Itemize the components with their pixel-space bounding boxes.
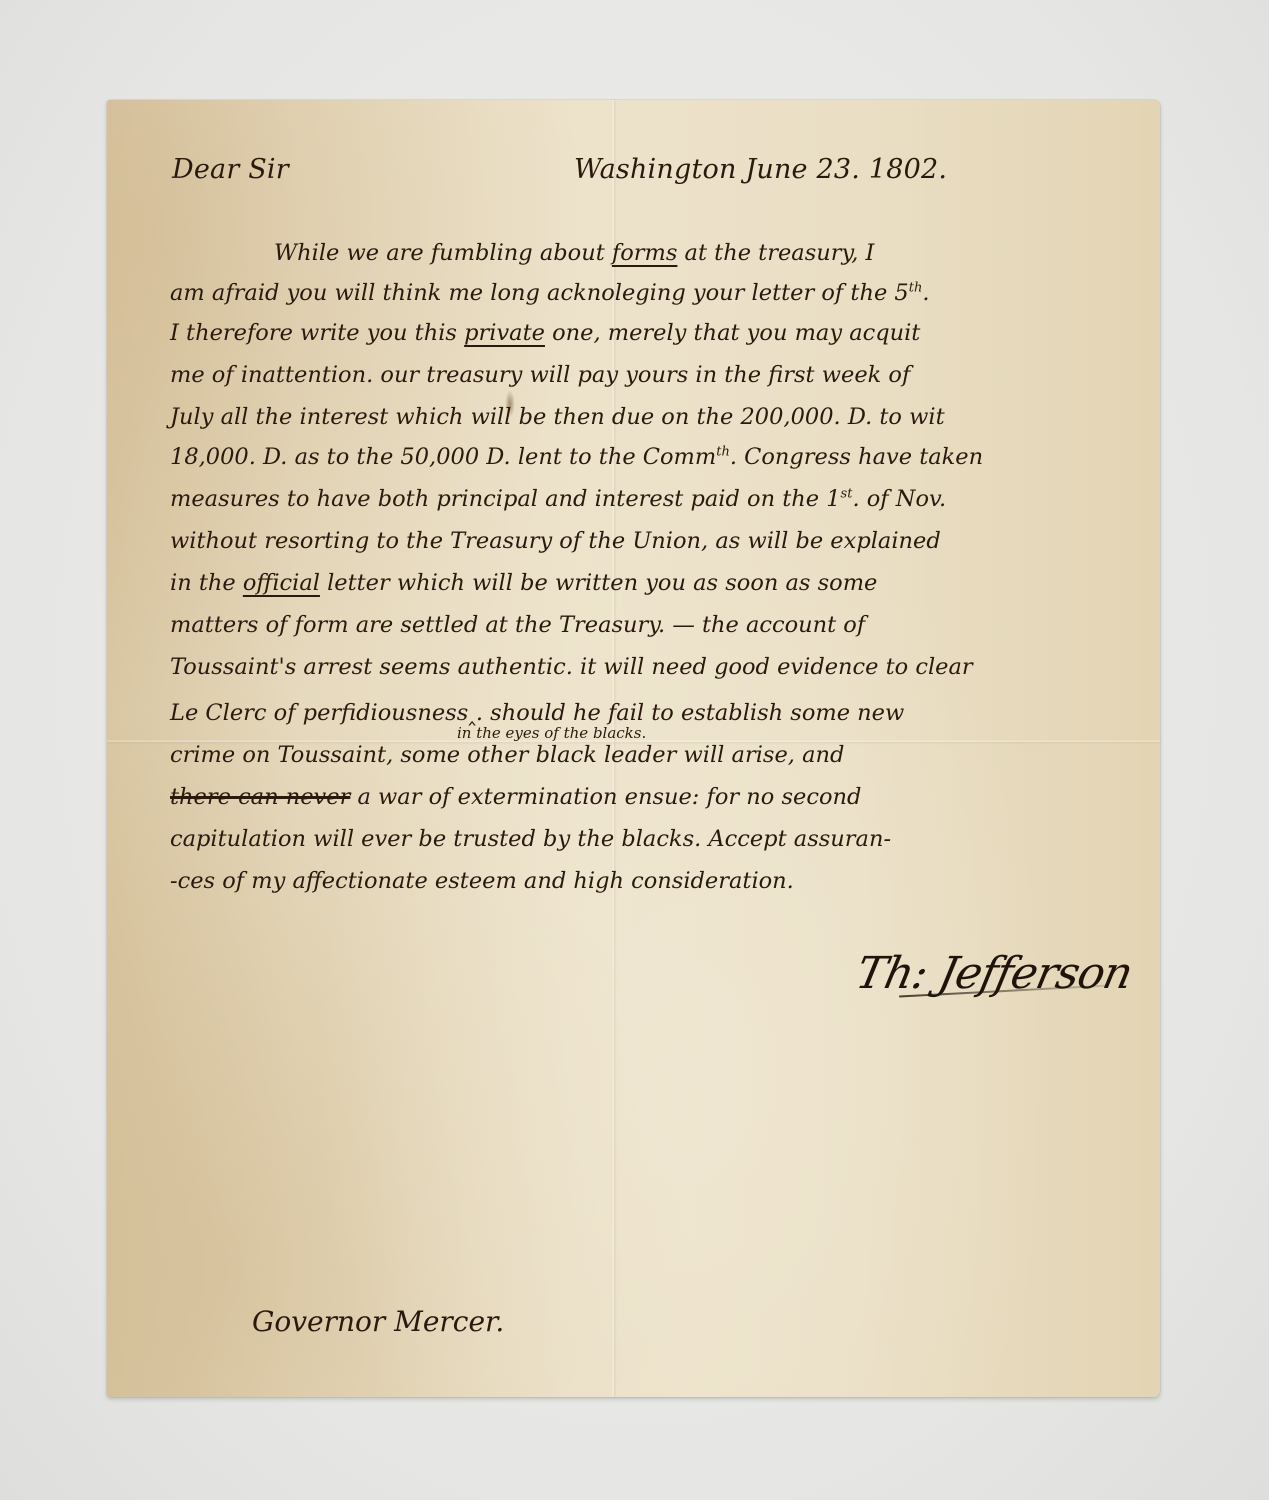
- body-line-12: Le Clerc of perfidiousness‸. should he f…: [170, 700, 904, 726]
- letter-body: While we are fumbling about forms at the…: [107, 100, 1160, 1397]
- body-line-1: While we are fumbling about forms at the…: [274, 240, 874, 266]
- body-line-8: without resorting to the Treasury of the…: [170, 528, 941, 554]
- body-line-6: 18,000. D. as to the 50,000 D. lent to t…: [170, 444, 983, 470]
- addressee: Governor Mercer.: [252, 1305, 504, 1338]
- body-line-7: measures to have both principal and inte…: [170, 486, 946, 512]
- body-line-10: matters of form are settled at the Treas…: [170, 612, 865, 638]
- letter-sheet: Dear Sir Washington June 23. 1802. While…: [107, 100, 1160, 1397]
- interlinear-insertion: in the eyes of the blacks.: [457, 724, 646, 742]
- body-line-14: there can never a war of extermination e…: [170, 784, 861, 810]
- body-line-13: crime on Toussaint, some other black lea…: [170, 742, 844, 768]
- body-line-5: July all the interest which will be then…: [170, 404, 945, 430]
- body-line-15: capitulation will ever be trusted by the…: [170, 826, 891, 852]
- body-line-2: am afraid you will think me long acknole…: [170, 280, 930, 306]
- body-line-3: I therefore write you this private one, …: [170, 320, 920, 346]
- body-line-9: in the official letter which will be wri…: [170, 570, 877, 596]
- struck-through-text: there can never: [170, 784, 350, 810]
- underlined-word-private: private: [464, 320, 545, 346]
- body-line-4: me of inattention. our treasury will pay…: [170, 362, 910, 388]
- body-line-16: -ces of my affectionate esteem and high …: [170, 868, 794, 894]
- underlined-word-forms: forms: [612, 240, 678, 266]
- body-line-11: Toussaint's arrest seems authentic. it w…: [170, 654, 973, 680]
- underlined-word-official: official: [243, 570, 320, 596]
